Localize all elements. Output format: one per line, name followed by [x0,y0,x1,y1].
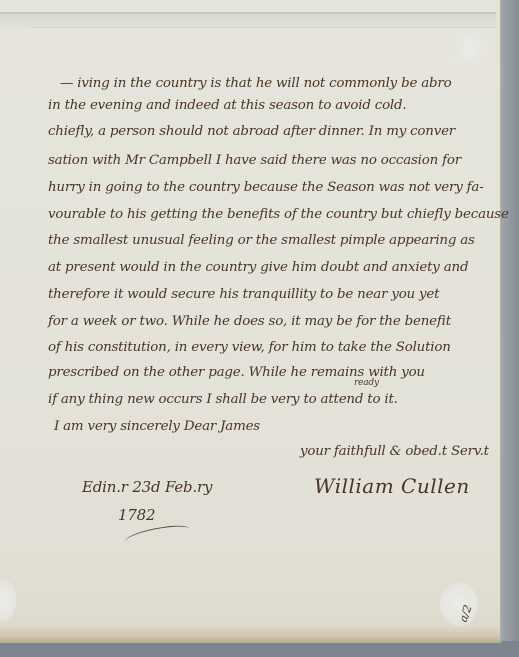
scan-backdrop-bottom [0,641,519,657]
letter-line: hurry in going to the country because th… [48,180,484,195]
page-fold-shade [0,14,496,28]
mount-mark-bottom-left [0,578,16,622]
pen-flourish [123,523,191,548]
letter-line: if any thing new occurs I shall be very … [48,392,398,407]
signature: William Cullen [314,474,470,498]
manuscript-page: — iving in the country is that he will n… [0,0,501,643]
letter-line: — iving in the country is that he will n… [60,76,451,91]
letter-line: the smallest unusual feeling or the smal… [48,233,475,248]
mount-mark-top-right [452,30,488,68]
letter-line: chiefly, a person should not abroad afte… [48,124,455,139]
letter-line: sation with Mr Campbell I have said ther… [48,153,461,168]
valediction: your faithfull & obed.t Serv.t [300,444,489,459]
year: 1782 [118,506,155,524]
page-bottom-edge [0,627,500,643]
scan-backdrop-right [499,0,519,657]
place-date: Edin.r 23d Feb.ry [82,478,212,496]
letter-line: therefore it would secure his tranquilli… [48,287,439,302]
page-fold-line [0,12,496,14]
page-fold-line-secondary [30,27,496,28]
letter-line: vourable to his getting the benefits of … [48,207,509,222]
letter-line: of his constitution, in every view, for … [48,340,451,355]
closing-line: I am very sincerely Dear James [54,419,260,434]
caret-insertion-text: ready [354,378,379,388]
letter-line: in the evening and indeed at this season… [48,98,406,113]
letter-line: for a week or two. While he does so, it … [48,314,451,329]
letter-line: at present would in the country give him… [48,260,468,275]
